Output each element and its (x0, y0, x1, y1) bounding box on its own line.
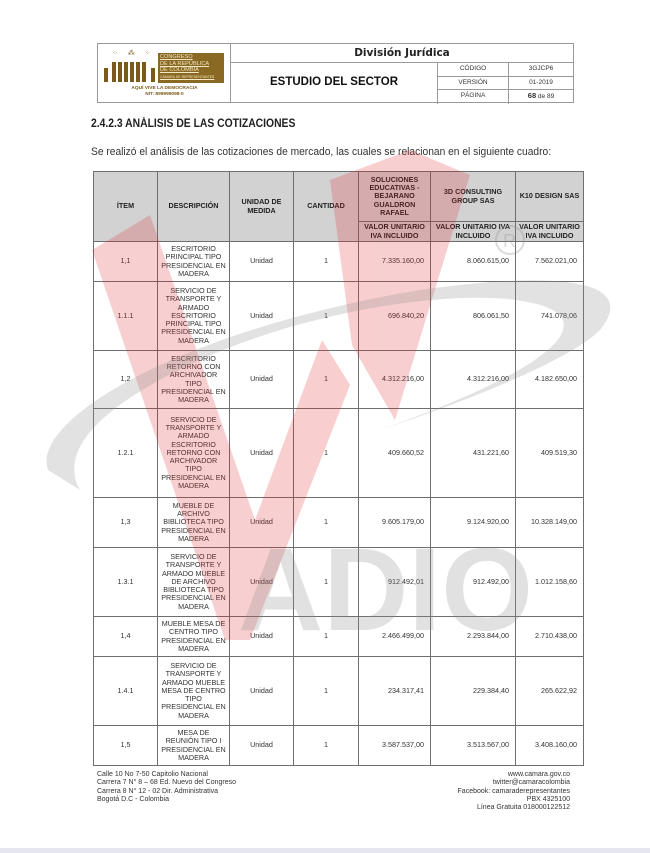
price-cell: 10.328.149,00 (516, 498, 584, 548)
item-cell: 1,4 (94, 617, 158, 657)
price-cell: 2.710.438,00 (516, 617, 584, 657)
description-cell: ESCRITORIO PRINCIPAL TIPO PRESIDENCIAL E… (158, 242, 230, 282)
quantity-cell: 1 (294, 548, 359, 617)
quotations-table: ÍTEM DESCRIPCIÓN UNIDAD DE MEDIDA CANTID… (93, 171, 584, 766)
price-cell: 4.312.216,00 (359, 351, 431, 409)
nit-text: NIT: 899999098-0 (98, 92, 231, 98)
brand-sub: CÁMARA DE REPRESENTANTES (160, 74, 222, 81)
price-cell: 265.622,92 (516, 657, 584, 726)
page-number: 68 (528, 91, 536, 100)
header-descripcion: DESCRIPCIÓN (158, 172, 230, 242)
quantity-cell: 1 (294, 351, 359, 409)
header-cantidad: CANTIDAD (294, 172, 359, 242)
table-row: 1,4MUEBLE MESA DE CENTRO TIPO PRESIDENCI… (94, 617, 584, 657)
header-unidad: UNIDAD DE MEDIDA (230, 172, 294, 242)
item-cell: 1.1.1 (94, 282, 158, 351)
price-cell: 7.335.160,00 (359, 242, 431, 282)
subheader-valor: VALOR UNITARIO IVA INCLUIDO (359, 222, 431, 242)
price-cell: 2.466.499,00 (359, 617, 431, 657)
header-provider: K10 DESIGN SAS (516, 172, 584, 222)
unit-cell: Unidad (230, 617, 294, 657)
header-provider: SOLUCIONES EDUCATIVAS - BEJARANO GUALDRO… (359, 172, 431, 222)
subheader-valor: VALOR UNITARIO IVA INCLUIDO (516, 222, 584, 242)
subheader-valor: VALOR UNITARIO IVA INCLUIDO (431, 222, 516, 242)
description-cell: SERVICIO DE TRANSPORTE Y ARMADO MUEBLE D… (158, 548, 230, 617)
table-row: 1,5MESA DE REUNIÓN TIPO I PRESIDENCIAL E… (94, 726, 584, 766)
document-meta: CÓDIGO 3GJCP6 VERSIÓN 01-2019 PÁGINA 68 … (438, 63, 573, 104)
price-cell: 9.124.920,00 (431, 498, 516, 548)
header-provider: 3D CONSULTING GROUP SAS (431, 172, 516, 222)
toll-free-number: Línea Gratuita 018000122512 (458, 804, 570, 812)
footer-contact: www.camara.gov.co twitter@camaracolombia… (458, 771, 570, 812)
price-cell: 2.293.844,00 (431, 617, 516, 657)
description-cell: ESCRITORIO RETORNO CON ARCHIVADOR TIPO P… (158, 351, 230, 409)
unit-cell: Unidad (230, 242, 294, 282)
price-cell: 9.605.179,00 (359, 498, 431, 548)
quantity-cell: 1 (294, 617, 359, 657)
price-cell: 912.492,01 (359, 548, 431, 617)
meta-label: PÁGINA (438, 90, 509, 104)
footer-line: Bogotá D.C - Colombia (97, 796, 236, 804)
website-link[interactable]: www.camara.gov.co (458, 771, 570, 779)
price-cell: 409.660,52 (359, 409, 431, 498)
table-row: 1.2.1SERVICIO DE TRANSPORTE Y ARMADO ESC… (94, 409, 584, 498)
price-cell: 234.317,41 (359, 657, 431, 726)
table-row: 1,1ESCRITORIO PRINCIPAL TIPO PRESIDENCIA… (94, 242, 584, 282)
section-title: 2.4.2.3 ANÁLISIS DE LAS COTIZACIONES (91, 118, 295, 130)
unit-cell: Unidad (230, 282, 294, 351)
unit-cell: Unidad (230, 726, 294, 766)
meta-codigo: CÓDIGO 3GJCP6 (438, 63, 573, 77)
footer-line: Carrera 8 N° 12 - 02 Dir. Administrativa (97, 788, 236, 796)
price-cell: 229.384,40 (431, 657, 516, 726)
item-cell: 1.3.1 (94, 548, 158, 617)
division-label: División Jurídica (231, 44, 573, 63)
header-item: ÍTEM (94, 172, 158, 242)
congreso-logo: ⁘ ⁂ ⁘ CONGRESO DE LA REPÚBLICA DE COLOMB… (98, 44, 231, 102)
description-cell: MUEBLE MESA DE CENTRO TIPO PRESIDENCIAL … (158, 617, 230, 657)
quantity-cell: 1 (294, 282, 359, 351)
footer-address: Calle 10 No 7-50 Capitolio Nacional Carr… (97, 771, 236, 804)
unit-cell: Unidad (230, 548, 294, 617)
price-cell: 8.060.615,00 (431, 242, 516, 282)
footer-line: Carrera 7 N° 8 – 68 Ed. Nuevo del Congre… (97, 779, 236, 787)
document-title: ESTUDIO DEL SECTOR (231, 63, 438, 104)
item-cell: 1,1 (94, 242, 158, 282)
price-cell: 7.562.021,00 (516, 242, 584, 282)
meta-value: 68 de 89 (509, 90, 573, 104)
price-cell: 912.492,00 (431, 548, 516, 617)
price-cell: 431.221,60 (431, 409, 516, 498)
table-row: 1.3.1SERVICIO DE TRANSPORTE Y ARMADO MUE… (94, 548, 584, 617)
table-row: 1,2ESCRITORIO RETORNO CON ARCHIVADOR TIP… (94, 351, 584, 409)
price-cell: 1.012.158,60 (516, 548, 584, 617)
table-row: 1.4.1SERVICIO DE TRANSPORTE Y ARMADO MUE… (94, 657, 584, 726)
price-cell: 4.312.216,00 (431, 351, 516, 409)
meta-pagina: PÁGINA 68 de 89 (438, 90, 573, 104)
item-cell: 1,3 (94, 498, 158, 548)
item-cell: 1.4.1 (94, 657, 158, 726)
logo-slogan: AQUÍ VIVE LA DEMOCRACIA NIT: 899999098-0 (98, 86, 231, 98)
unit-cell: Unidad (230, 351, 294, 409)
quantity-cell: 1 (294, 726, 359, 766)
page-bottom-edge (0, 848, 650, 853)
description-cell: MUEBLE DE ARCHIVO BIBLIOTECA TIPO PRESID… (158, 498, 230, 548)
quantity-cell: 1 (294, 409, 359, 498)
description-cell: SERVICIO DE TRANSPORTE Y ARMADO ESCRITOR… (158, 409, 230, 498)
price-cell: 806.061,50 (431, 282, 516, 351)
pbx-number: PBX 4325100 (458, 796, 570, 804)
unit-cell: Unidad (230, 409, 294, 498)
price-cell: 741.078,06 (516, 282, 584, 351)
price-cell: 3.587.537,00 (359, 726, 431, 766)
twitter-link[interactable]: twitter@camaracolombia (458, 779, 570, 787)
table-row: 1,3MUEBLE DE ARCHIVO BIBLIOTECA TIPO PRE… (94, 498, 584, 548)
meta-label: CÓDIGO (438, 63, 509, 76)
capitol-pillars-icon (104, 52, 158, 82)
description-cell: SERVICIO DE TRANSPORTE Y ARMADO ESCRITOR… (158, 282, 230, 351)
unit-cell: Unidad (230, 657, 294, 726)
quantity-cell: 1 (294, 657, 359, 726)
section-intro: Se realizó el análisis de las cotizacion… (91, 146, 551, 158)
description-cell: SERVICIO DE TRANSPORTE Y ARMADO MUEBLE M… (158, 657, 230, 726)
quantity-cell: 1 (294, 242, 359, 282)
table-row: 1.1.1SERVICIO DE TRANSPORTE Y ARMADO ESC… (94, 282, 584, 351)
price-cell: 3.513.567,00 (431, 726, 516, 766)
description-cell: MESA DE REUNIÓN TIPO I PRESIDENCIAL EN M… (158, 726, 230, 766)
meta-version: VERSIÓN 01-2019 (438, 77, 573, 91)
meta-label: VERSIÓN (438, 77, 509, 90)
item-cell: 1,5 (94, 726, 158, 766)
quantity-cell: 1 (294, 498, 359, 548)
price-cell: 4.182.650,00 (516, 351, 584, 409)
logo-brand-box: CONGRESO DE LA REPÚBLICA DE COLOMBIA CÁM… (158, 53, 224, 83)
page-total: de 89 (536, 93, 554, 100)
item-cell: 1,2 (94, 351, 158, 409)
meta-value: 01-2019 (509, 77, 573, 90)
price-cell: 409.519,30 (516, 409, 584, 498)
meta-value: 3GJCP6 (509, 63, 573, 76)
price-cell: 3.408.160,00 (516, 726, 584, 766)
unit-cell: Unidad (230, 498, 294, 548)
item-cell: 1.2.1 (94, 409, 158, 498)
facebook-link[interactable]: Facebook: camaraderepresentantes (458, 788, 570, 796)
document-header: ⁘ ⁂ ⁘ CONGRESO DE LA REPÚBLICA DE COLOMB… (97, 43, 574, 103)
price-cell: 696.840,20 (359, 282, 431, 351)
